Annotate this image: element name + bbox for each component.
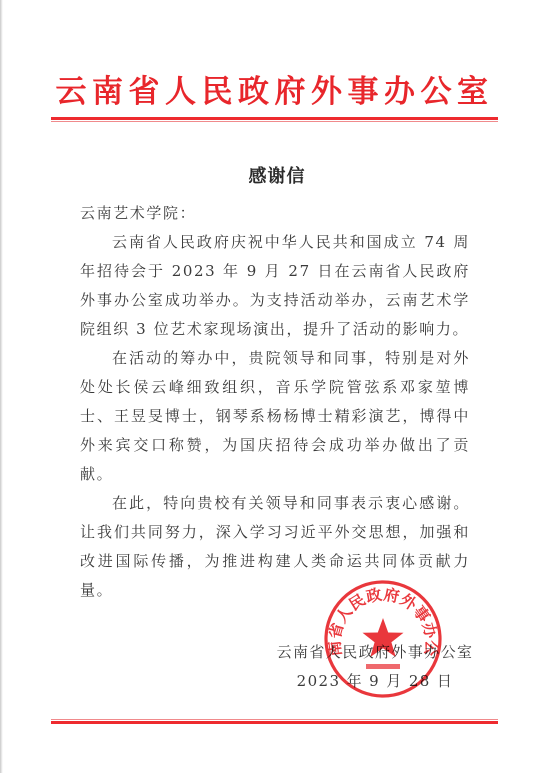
- letter-body: 云南省人民政府庆祝中华人民共和国成立 74 周年招待会于 2023 年 9 月 …: [80, 228, 470, 605]
- letterhead-title: 云南省人民政府外事办公室: [51, 72, 498, 112]
- document-title: 感谢信: [0, 162, 554, 188]
- salutation: 云南艺术学院：: [80, 199, 196, 228]
- paragraph-2: 在活动的筹办中，贵院领导和同事，特别是对外处处长侯云峰细致组织，音乐学院管弦系邓…: [80, 344, 470, 489]
- letterhead-rule: [51, 117, 498, 122]
- rule-thin-line: [51, 121, 498, 122]
- seal-star-icon: [363, 618, 404, 657]
- page-edge-shadow: [0, 0, 3, 773]
- official-seal-icon: 云南省人民政府外事办公室: [322, 578, 444, 700]
- paragraph-1: 云南省人民政府庆祝中华人民共和国成立 74 周年招待会于 2023 年 9 月 …: [80, 228, 470, 344]
- letter-page: 云南省人民政府外事办公室 感谢信 云南艺术学院： 云南省人民政府庆祝中华人民共和…: [0, 0, 554, 773]
- rule-thick-line: [51, 721, 498, 724]
- footer-rule: [51, 719, 498, 724]
